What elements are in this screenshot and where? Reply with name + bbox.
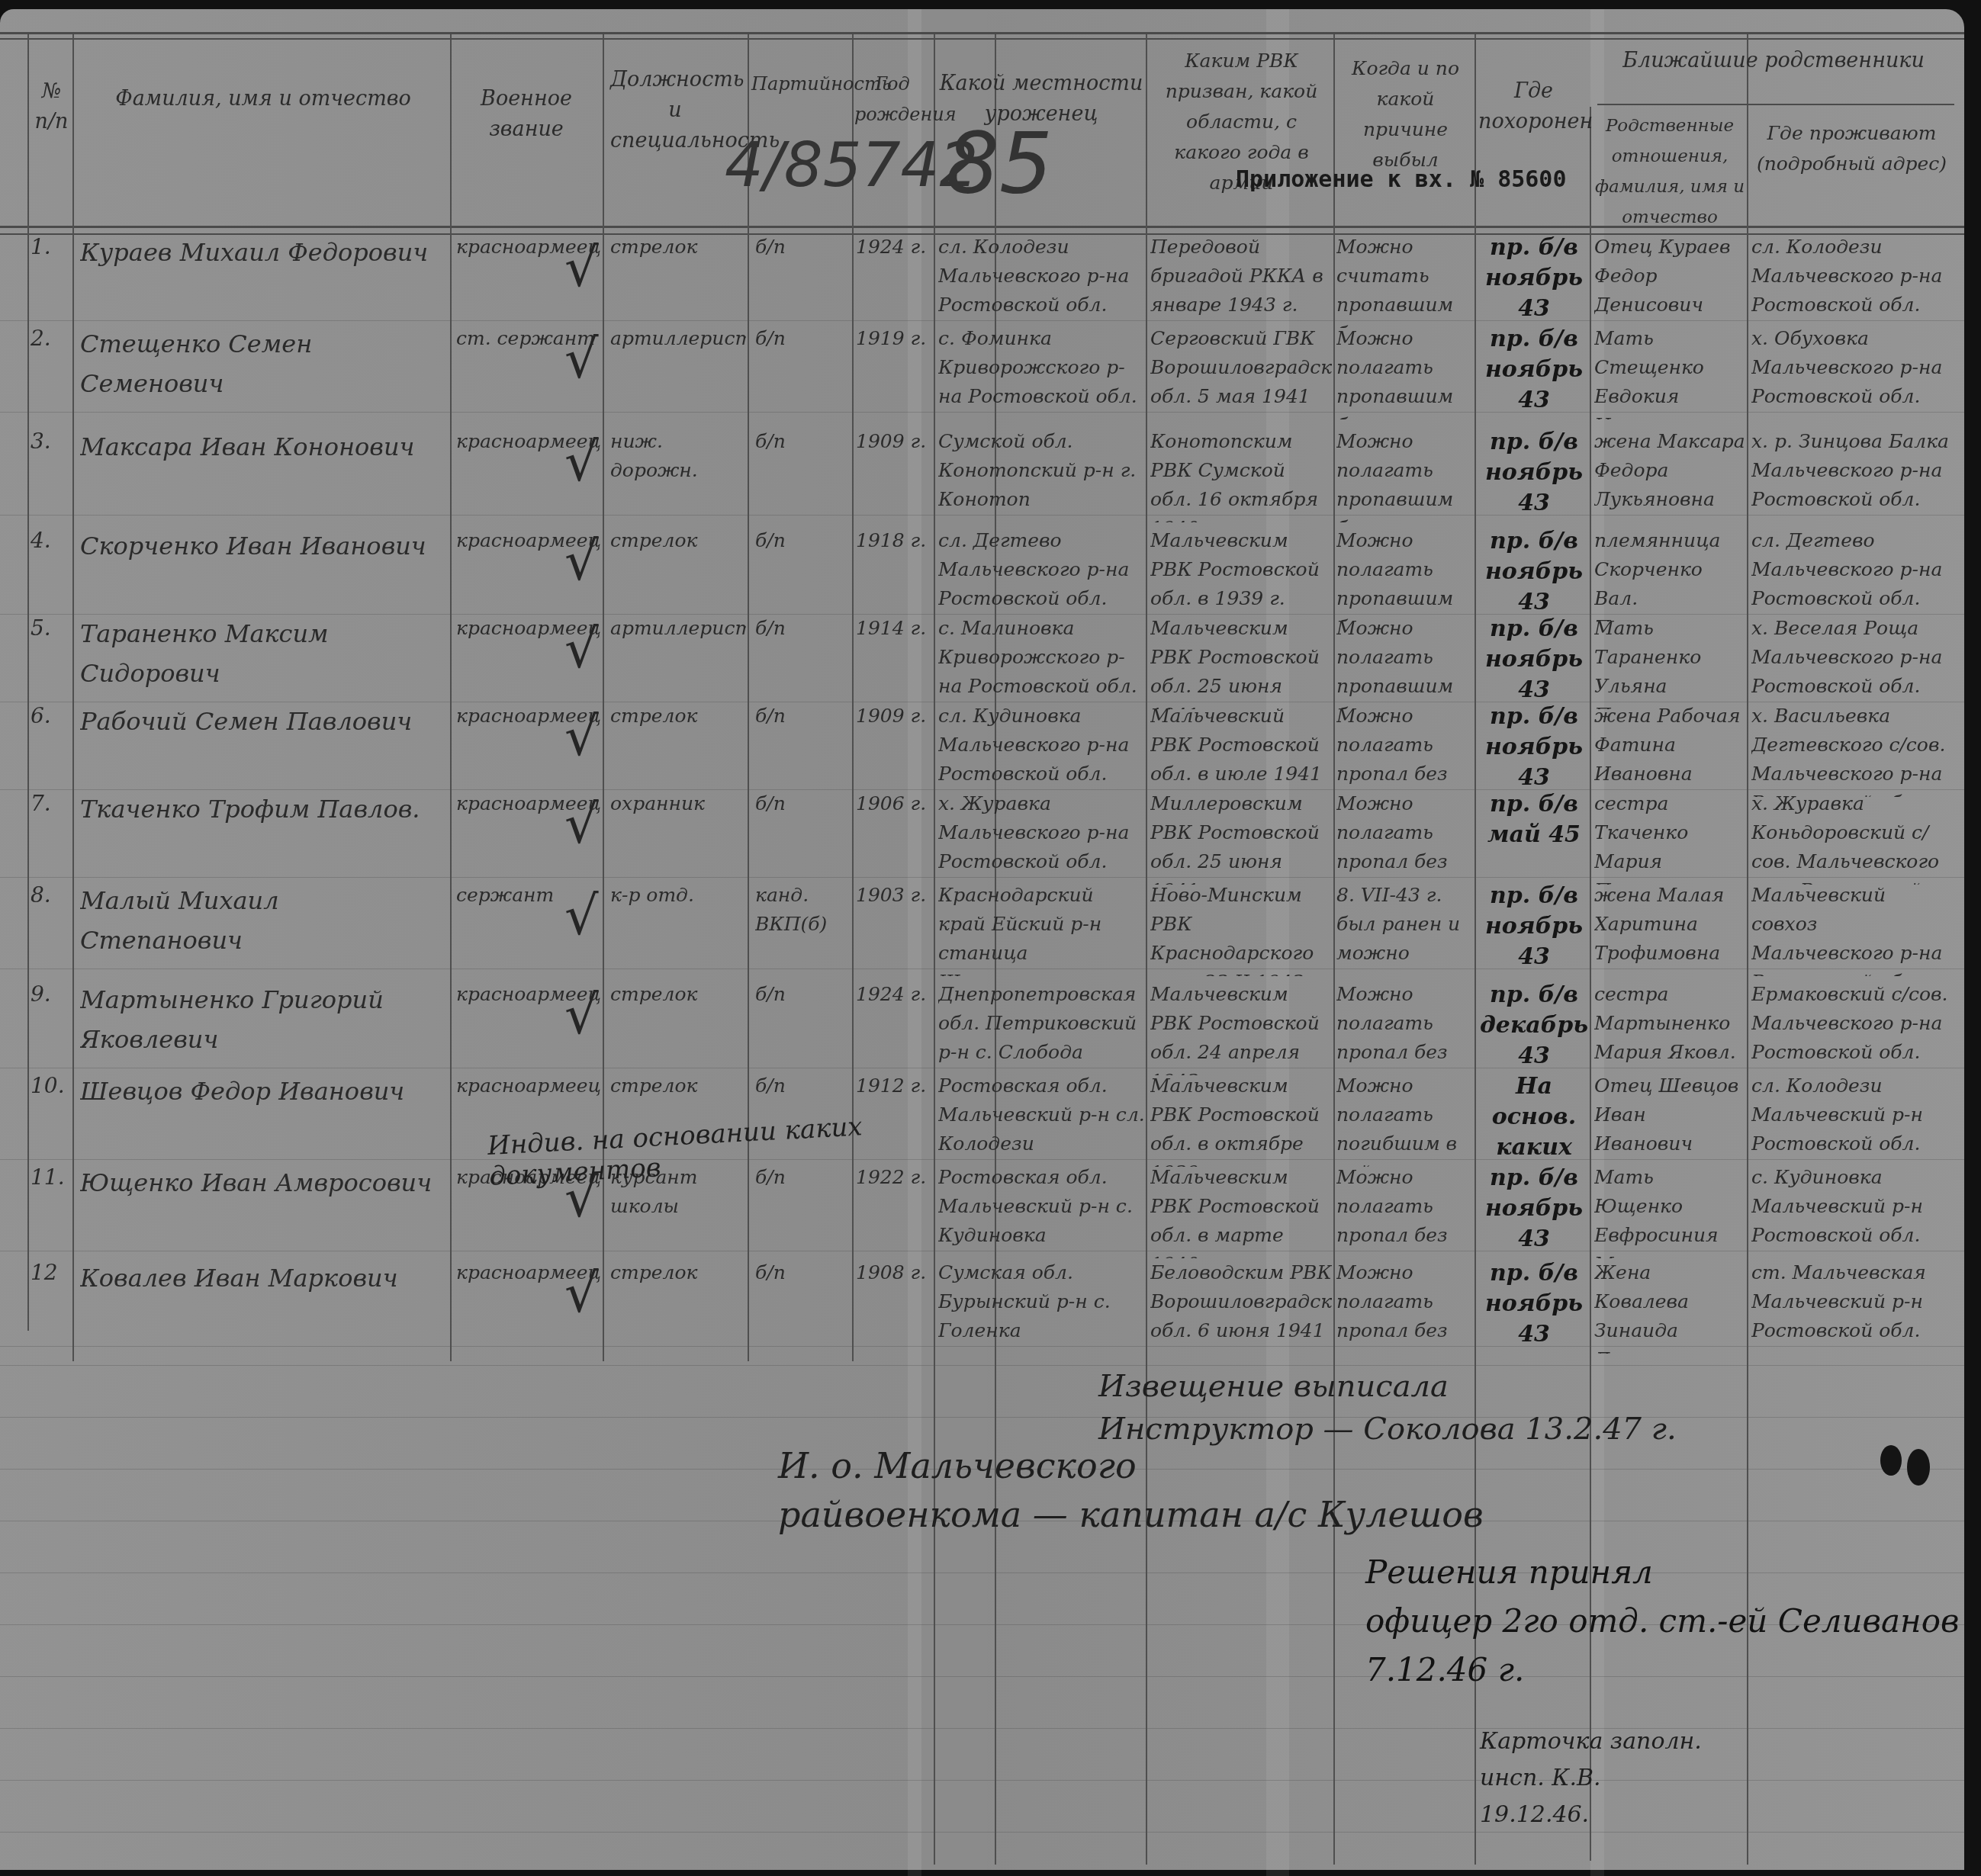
cell-relation: жена Малая Харитина Трофимовна xyxy=(1594,881,1745,976)
cell-num: 11. xyxy=(31,1163,72,1258)
cell-when-why: Можно полагать пропавшим без вести в июл… xyxy=(1336,614,1474,709)
cell-drafted: Серговский ГВК Ворошиловградской обл. 5 … xyxy=(1150,324,1332,419)
cell-year: 1919 г. xyxy=(856,324,932,419)
cell-when-why: Можно считать пропавшим без вести в февр… xyxy=(1336,233,1474,328)
sheet-number: 85 xyxy=(946,114,1053,212)
header-party: Партийность xyxy=(751,69,851,99)
cell-position: стрелок xyxy=(610,1258,746,1354)
cell-buried: пр. б/в ноябрь 43 xyxy=(1480,881,1588,976)
cell-year: 1903 г. xyxy=(856,881,932,976)
cell-party: канд. ВКП(б) xyxy=(755,881,851,976)
cell-relation: племянница Скорченко Вал. Петровна xyxy=(1594,526,1745,622)
cell-birthplace: х. Журавка Мальчевского р-на Ростовской … xyxy=(938,789,1146,885)
cell-position: ниж. дорожн. xyxy=(610,427,746,522)
cell-birthplace: Сумской обл. Конотопский р-н г. Конотоп xyxy=(938,427,1146,522)
cell-position: к-р отд. xyxy=(610,881,746,976)
header-relation: Родственные отношения, фамилия, имя и от… xyxy=(1594,111,1745,233)
cell-name: Кураев Михаил Федорович xyxy=(80,233,446,328)
cell-address: х. Журавка Коньдоровский с/сов. Мальчевс… xyxy=(1751,789,1954,885)
cell-when-why: Можно полагать погибшим в войне с Финлян… xyxy=(1336,1071,1474,1167)
cell-party: б/п xyxy=(755,614,851,709)
cell-when-why: Можно полагать пропал без вести в октябр… xyxy=(1336,980,1474,1075)
cell-party: б/п xyxy=(755,1258,851,1354)
cell-num: 4. xyxy=(31,526,72,622)
cell-position: стрелок xyxy=(610,702,746,797)
cell-address: с. Кудиновка Мальчевский р-н Ростовской … xyxy=(1751,1163,1954,1258)
cell-name: Тараненко Максим Сидорович xyxy=(80,614,446,709)
cell-name: Скорченко Иван Иванович xyxy=(80,526,446,622)
cell-year: 1909 г. xyxy=(856,427,932,522)
cell-name: Мартыненко Григорий Яковлевич xyxy=(80,980,446,1075)
checkmark-icon: √ xyxy=(564,236,599,299)
cell-when-why: Можно полагать пропал без вести в июле 1… xyxy=(1336,1258,1474,1354)
header-rank: Военное звание xyxy=(458,84,595,145)
cell-birthplace: Ростовская обл. Мальчевский р-н с. Кудин… xyxy=(938,1163,1146,1258)
cell-party: б/п xyxy=(755,702,851,797)
cell-year: 1922 г. xyxy=(856,1163,932,1258)
cell-address: Ермаковский с/сов. Мальчевского р-на Рос… xyxy=(1751,980,1954,1075)
cell-name: Малый Михаил Степанович xyxy=(80,881,446,976)
cell-year: 1914 г. xyxy=(856,614,932,709)
cell-birthplace: Ростовская обл. Мальчевский р-н сл. Коло… xyxy=(938,1071,1146,1167)
header-name: Фамилия, имя и отчество xyxy=(84,84,442,114)
cell-year: 1906 г. xyxy=(856,789,932,885)
cell-relation: Мать Ющенко Евфросиния Мироновна xyxy=(1594,1163,1745,1258)
cell-when-why: Можно полагать пропал без вести в июле 1… xyxy=(1336,1163,1474,1258)
cell-name: Рабочий Семен Павлович xyxy=(80,702,446,797)
cell-relation: Мать Стещенко Евдокия Науменовна xyxy=(1594,324,1745,419)
card-note: Карточка заполн. инсп. К.В. 19.12.46. xyxy=(1480,1723,1702,1833)
cell-buried: На основ. каких докумен. xyxy=(1480,1071,1588,1167)
cell-num: 2. xyxy=(31,324,72,419)
cell-drafted: Передовой бригадой РККА в январе 1943 г. xyxy=(1150,233,1332,328)
header-relatives: Ближайшие родственники xyxy=(1598,46,1949,76)
cell-when-why: Можно полагать пропавшим без вести в авг… xyxy=(1336,526,1474,622)
cell-num: 8. xyxy=(31,881,72,976)
cell-year: 1908 г. xyxy=(856,1258,932,1354)
cell-drafted: Мальчевским РВК Ростовской обл. 25 июня … xyxy=(1150,614,1332,709)
cell-name: Шевцов Федор Иванович xyxy=(80,1071,446,1167)
cell-name: Максара Иван Кононович xyxy=(80,427,446,522)
cell-address: сл. Колодези Мальчевского р-на Ростовско… xyxy=(1751,233,1954,328)
cell-num: 3. xyxy=(31,427,72,522)
checkmark-icon: √ xyxy=(564,793,599,856)
cell-when-why: Можно полагать пропавшим без вести в июн… xyxy=(1336,324,1474,419)
checkmark-icon: √ xyxy=(564,885,599,947)
cell-drafted: Ново-Минским РВК Краснодарского края 23 … xyxy=(1150,881,1332,976)
cell-name: Стещенко Семен Семенович xyxy=(80,324,446,419)
checkmark-icon: √ xyxy=(564,1262,599,1325)
cell-party: б/п xyxy=(755,526,851,622)
cell-address: сл. Дегтево Мальчевского р-на Ростовской… xyxy=(1751,526,1954,622)
cell-address: х. Обуховка Мальчевского р-на Ростовской… xyxy=(1751,324,1954,419)
header-when-why: Когда и по какой причине выбыл xyxy=(1339,53,1472,175)
cell-position: артиллерист xyxy=(610,324,746,419)
cell-relation: Отец Шевцов Иван Иванович xyxy=(1594,1071,1745,1167)
cell-position: стрелок xyxy=(610,526,746,622)
cell-num: 12 xyxy=(31,1258,72,1354)
cell-drafted: Мальчевским РВК Ростовской обл. в 1939 г… xyxy=(1150,526,1332,622)
cell-party: б/п xyxy=(755,980,851,1075)
commander-signature: И. о. Мальчевского райвоенкома — капитан… xyxy=(778,1441,1484,1539)
header-address: Где проживают (подробный адрес) xyxy=(1751,118,1953,179)
header-num: № п/п xyxy=(31,76,72,137)
cell-buried: пр. б/в ноябрь 43 xyxy=(1480,427,1588,522)
cell-buried: пр. б/в ноябрь 43 xyxy=(1480,233,1588,328)
cell-buried: пр. б/в ноябрь 43 xyxy=(1480,324,1588,419)
cell-num: 9. xyxy=(31,980,72,1075)
cell-drafted: Мальчевским РВК Ростовской обл. в марте … xyxy=(1150,1163,1332,1258)
cell-relation: Жена Ковалева Зинаида Дмитриевна xyxy=(1594,1258,1745,1354)
cell-buried: пр. б/в ноябрь 43 xyxy=(1480,1258,1588,1354)
cell-when-why: Можно полагать пропавшим без вести в июн… xyxy=(1336,427,1474,522)
cell-birthplace: сл. Дегтево Мальчевского р-на Ростовской… xyxy=(938,526,1146,622)
cell-birthplace: с. Фоминка Криворожского р-на Ростовской… xyxy=(938,324,1146,419)
header-position: Должность и специальность xyxy=(610,65,740,156)
checkmark-icon: √ xyxy=(564,618,599,680)
cell-year: 1924 г. xyxy=(856,980,932,1075)
checkmark-icon: √ xyxy=(564,328,599,390)
cell-year: 1918 г. xyxy=(856,526,932,622)
cell-when-why: Можно полагать пропал без вести в апреле… xyxy=(1336,789,1474,885)
header-birth-year: Год рождения xyxy=(854,69,931,130)
cell-party: б/п xyxy=(755,789,851,885)
cell-year: 1909 г. xyxy=(856,702,932,797)
decision-note: Решения принял офицер 2го отд. ст.-ей Се… xyxy=(1365,1548,1959,1695)
cell-address: х. р. Зинцова Балка Мальчевского р-на Ро… xyxy=(1751,427,1954,522)
cell-buried: пр. б/в декабрь 43 xyxy=(1480,980,1588,1075)
cell-position: стрелок xyxy=(610,980,746,1075)
cell-num: 6. xyxy=(31,702,72,797)
cell-year: 1924 г. xyxy=(856,233,932,328)
cell-relation: Отец Кураев Федор Денисович xyxy=(1594,233,1745,328)
file-number: 4/85742 xyxy=(725,130,978,201)
checkmark-icon: √ xyxy=(564,431,599,493)
cell-address: х. Васильевка Дегтевского с/сов. Мальчев… xyxy=(1751,702,1954,797)
cell-drafted: Миллеровским РВК Ростовской обл. 25 июня… xyxy=(1150,789,1332,885)
cell-drafted: Конотопским РВК Сумской обл. 16 октября … xyxy=(1150,427,1332,522)
checkmark-icon: √ xyxy=(564,530,599,593)
cell-drafted: Мальчевский РВК Ростовской обл. в июле 1… xyxy=(1150,702,1332,797)
cell-birthplace: Краснодарский край Ейский р-н станица Ши… xyxy=(938,881,1146,976)
cell-drafted: Беловодским РВК Ворошиловградской обл. 6… xyxy=(1150,1258,1332,1354)
clerk-signature: Извещение выписала Инструктор — Соколова… xyxy=(1098,1365,1677,1450)
cell-buried: пр. б/в май 45 xyxy=(1480,789,1588,885)
cell-birthplace: Днепропетровская обл. Петриковский р-н с… xyxy=(938,980,1146,1075)
cell-name: Ткаченко Трофим Павлов. xyxy=(80,789,446,885)
incoming-stamp: Приложение к вх. № 85600 xyxy=(1236,166,1566,193)
cell-when-why: 8. VII-43 г. был ранен и можно полагать … xyxy=(1336,881,1474,976)
cell-relation: сестра Ткаченко Мария Павловна xyxy=(1594,789,1745,885)
checkmark-icon: √ xyxy=(564,984,599,1046)
checkmark-icon: √ xyxy=(564,705,599,768)
cell-address: сл. Колодези Мальчевский р-н Ростовской … xyxy=(1751,1071,1954,1167)
cell-position: артиллерист xyxy=(610,614,746,709)
cell-birthplace: сл. Колодези Мальчевского р-на Ростовско… xyxy=(938,233,1146,328)
cell-name: Ковалев Иван Маркович xyxy=(80,1258,446,1354)
cell-drafted: Мальчевским РВК Ростовской обл. в октябр… xyxy=(1150,1071,1332,1167)
cell-relation: жена Максара Федора Лукьяновна xyxy=(1594,427,1745,522)
cell-party: б/п xyxy=(755,233,851,328)
cell-buried: пр. б/в ноябрь 43 xyxy=(1480,1163,1588,1258)
cell-address: ст. Мальчевская Мальчевский р-н Ростовск… xyxy=(1751,1258,1954,1354)
cell-buried: пр. б/в ноябрь 43 xyxy=(1480,702,1588,797)
cell-num: 7. xyxy=(31,789,72,885)
cell-birthplace: с. Малиновка Криворожского р-на Ростовск… xyxy=(938,614,1146,709)
cell-birthplace: Сумская обл. Бурынский р-н с. Голенка xyxy=(938,1258,1146,1354)
cell-relation: сестра Мартыненко Мария Яковл. xyxy=(1594,980,1745,1075)
cell-when-why: Можно полагать пропал без вести в июле 1… xyxy=(1336,702,1474,797)
cell-position: стрелок xyxy=(610,233,746,328)
cell-birthplace: сл. Кудиновка Мальчевского р-на Ростовск… xyxy=(938,702,1146,797)
cell-party: б/п xyxy=(755,427,851,522)
cell-name: Ющенко Иван Амвросович xyxy=(80,1163,446,1258)
cell-party: б/п xyxy=(755,324,851,419)
cell-drafted: Мальчевским РВК Ростовской обл. 24 апрел… xyxy=(1150,980,1332,1075)
header-buried: Где похоронен xyxy=(1478,76,1589,137)
cell-buried: пр. б/в ноябрь 43 xyxy=(1480,526,1588,622)
cell-relation: Мать Тараненко Ульяна Петровна xyxy=(1594,614,1745,709)
ink-blot xyxy=(1907,1449,1930,1486)
cell-num: 10. xyxy=(31,1071,72,1167)
ink-blot xyxy=(1880,1445,1902,1476)
cell-address: Мальчевский совхоз Мальчевского р-на Рос… xyxy=(1751,881,1954,976)
cell-num: 1. xyxy=(31,233,72,328)
cell-relation: жена Рабочая Фатина Ивановна xyxy=(1594,702,1745,797)
cell-address: х. Веселая Роща Мальчевского р-на Ростов… xyxy=(1751,614,1954,709)
cell-buried: пр. б/в ноябрь 43 xyxy=(1480,614,1588,709)
cell-num: 5. xyxy=(31,614,72,709)
cell-position: охранник xyxy=(610,789,746,885)
